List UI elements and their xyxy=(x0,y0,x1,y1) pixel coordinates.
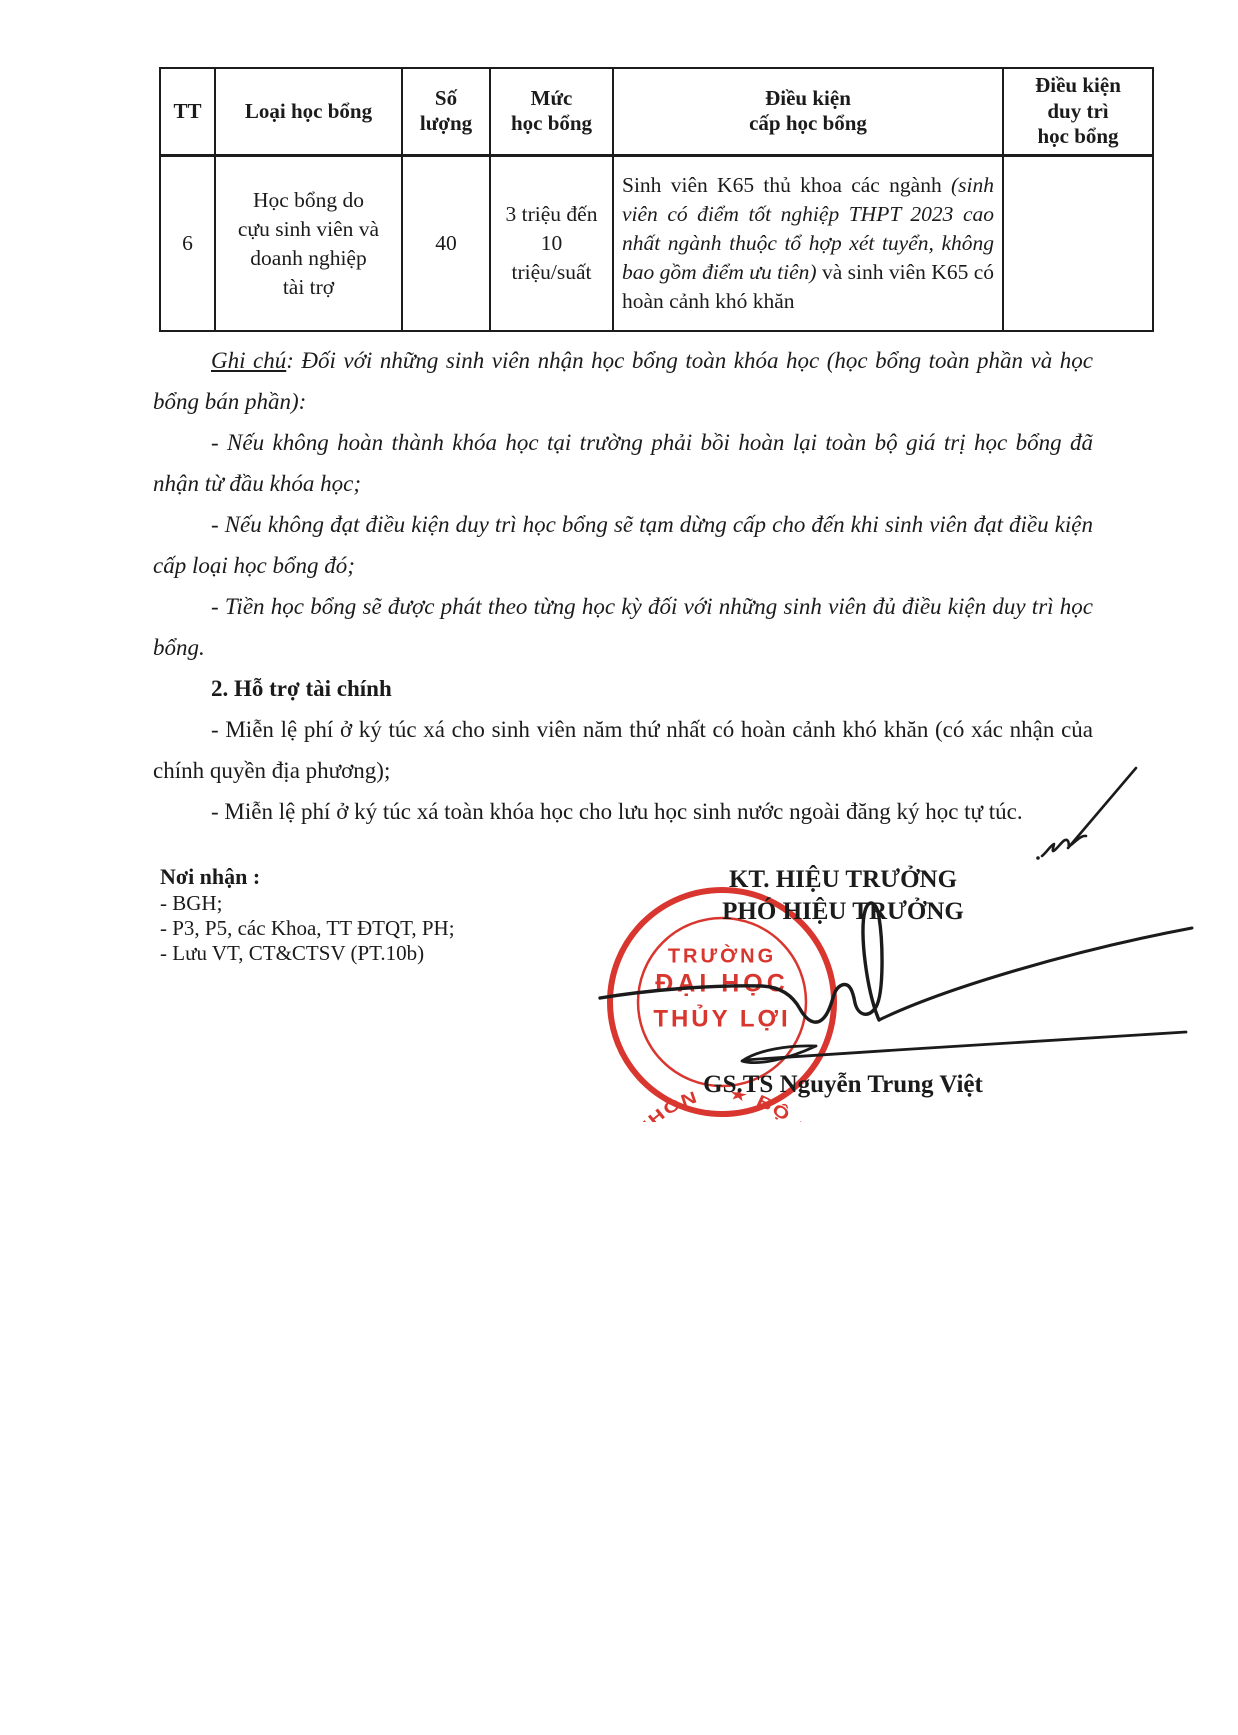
table-row: 6 Học bổng do cựu sinh viên và doanh ngh… xyxy=(160,155,1153,331)
cell-scholarship-type: Học bổng do cựu sinh viên và doanh nghiệ… xyxy=(215,155,402,331)
signatory-name: GS.TS Nguyễn Trung Việt xyxy=(643,1071,1043,1099)
cell-amount: 3 triệu đến 10 triệu/suất xyxy=(490,155,613,331)
condition-text: Sinh viên K65 thủ khoa các ngành xyxy=(622,173,951,197)
recipient-item: - P3, P5, các Khoa, TT ĐTQT, PH; xyxy=(160,916,455,941)
stamp-line-truong: TRƯỜNG xyxy=(668,943,776,967)
note-item-3: - Tiền học bổng sẽ được phát theo từng h… xyxy=(153,586,1093,668)
note-label: Ghi chú xyxy=(211,348,286,373)
signature-title-block: KT. HIỆU TRƯỞNG PHÓ HIỆU TRƯỞNG xyxy=(618,864,1068,928)
document-page: TT Loại học bổng Số lượng Mức học bổng Đ… xyxy=(0,0,1238,1735)
stamp-line-dai-hoc: ĐẠI HỌC xyxy=(655,970,789,998)
section-2-heading: 2. Hỗ trợ tài chính xyxy=(153,668,1093,709)
col-header-amount: Mức học bổng xyxy=(490,68,613,155)
col-header-maintain-condition: Điều kiện duy trì học bổng xyxy=(1003,68,1153,155)
cell-quantity: 40 xyxy=(402,155,490,331)
note-intro-text: : Đối với những sinh viên nhận học bổng … xyxy=(153,348,1093,414)
scholarship-table: TT Loại học bổng Số lượng Mức học bổng Đ… xyxy=(159,67,1154,332)
note-item-2: - Nếu không đạt điều kiện duy trì học bổ… xyxy=(153,504,1093,586)
signature-title-line1: KT. HIỆU TRƯỞNG xyxy=(618,864,1068,896)
signature-upper-sweep xyxy=(879,928,1192,1020)
note-intro-paragraph: Ghi chú: Đối với những sinh viên nhận họ… xyxy=(153,340,1093,422)
cell-maintain-condition xyxy=(1003,155,1153,331)
paraph-squiggle xyxy=(1042,836,1086,856)
recipients-block: Nơi nhận : - BGH; - P3, P5, các Khoa, TT… xyxy=(160,864,455,966)
signature-title-line2: PHÓ HIỆU TRƯỞNG xyxy=(618,896,1068,928)
recipient-item: - BGH; xyxy=(160,891,455,916)
paraph-dot xyxy=(1036,856,1040,860)
col-header-grant-condition: Điều kiện cấp học bổng xyxy=(613,68,1003,155)
table-header-row: TT Loại học bổng Số lượng Mức học bổng Đ… xyxy=(160,68,1153,155)
cell-grant-condition: Sinh viên K65 thủ khoa các ngành (sinh v… xyxy=(613,155,1003,331)
stamp-line-thuy-loi: THỦY LỢI xyxy=(653,1003,790,1032)
document-body: Ghi chú: Đối với những sinh viên nhận họ… xyxy=(153,340,1093,832)
recipients-label: Nơi nhận : xyxy=(160,864,455,889)
col-header-tt: TT xyxy=(160,68,215,155)
cell-tt: 6 xyxy=(160,155,215,331)
col-header-scholarship-type: Loại học bổng xyxy=(215,68,402,155)
support-item-2: - Miễn lệ phí ở ký túc xá toàn khóa học … xyxy=(153,791,1093,832)
note-item-1: - Nếu không hoàn thành khóa học tại trườ… xyxy=(153,422,1093,504)
support-item-1: - Miễn lệ phí ở ký túc xá cho sinh viên … xyxy=(153,709,1093,791)
col-header-quantity: Số lượng xyxy=(402,68,490,155)
recipient-item: - Lưu VT, CT&CTSV (PT.10b) xyxy=(160,941,455,966)
